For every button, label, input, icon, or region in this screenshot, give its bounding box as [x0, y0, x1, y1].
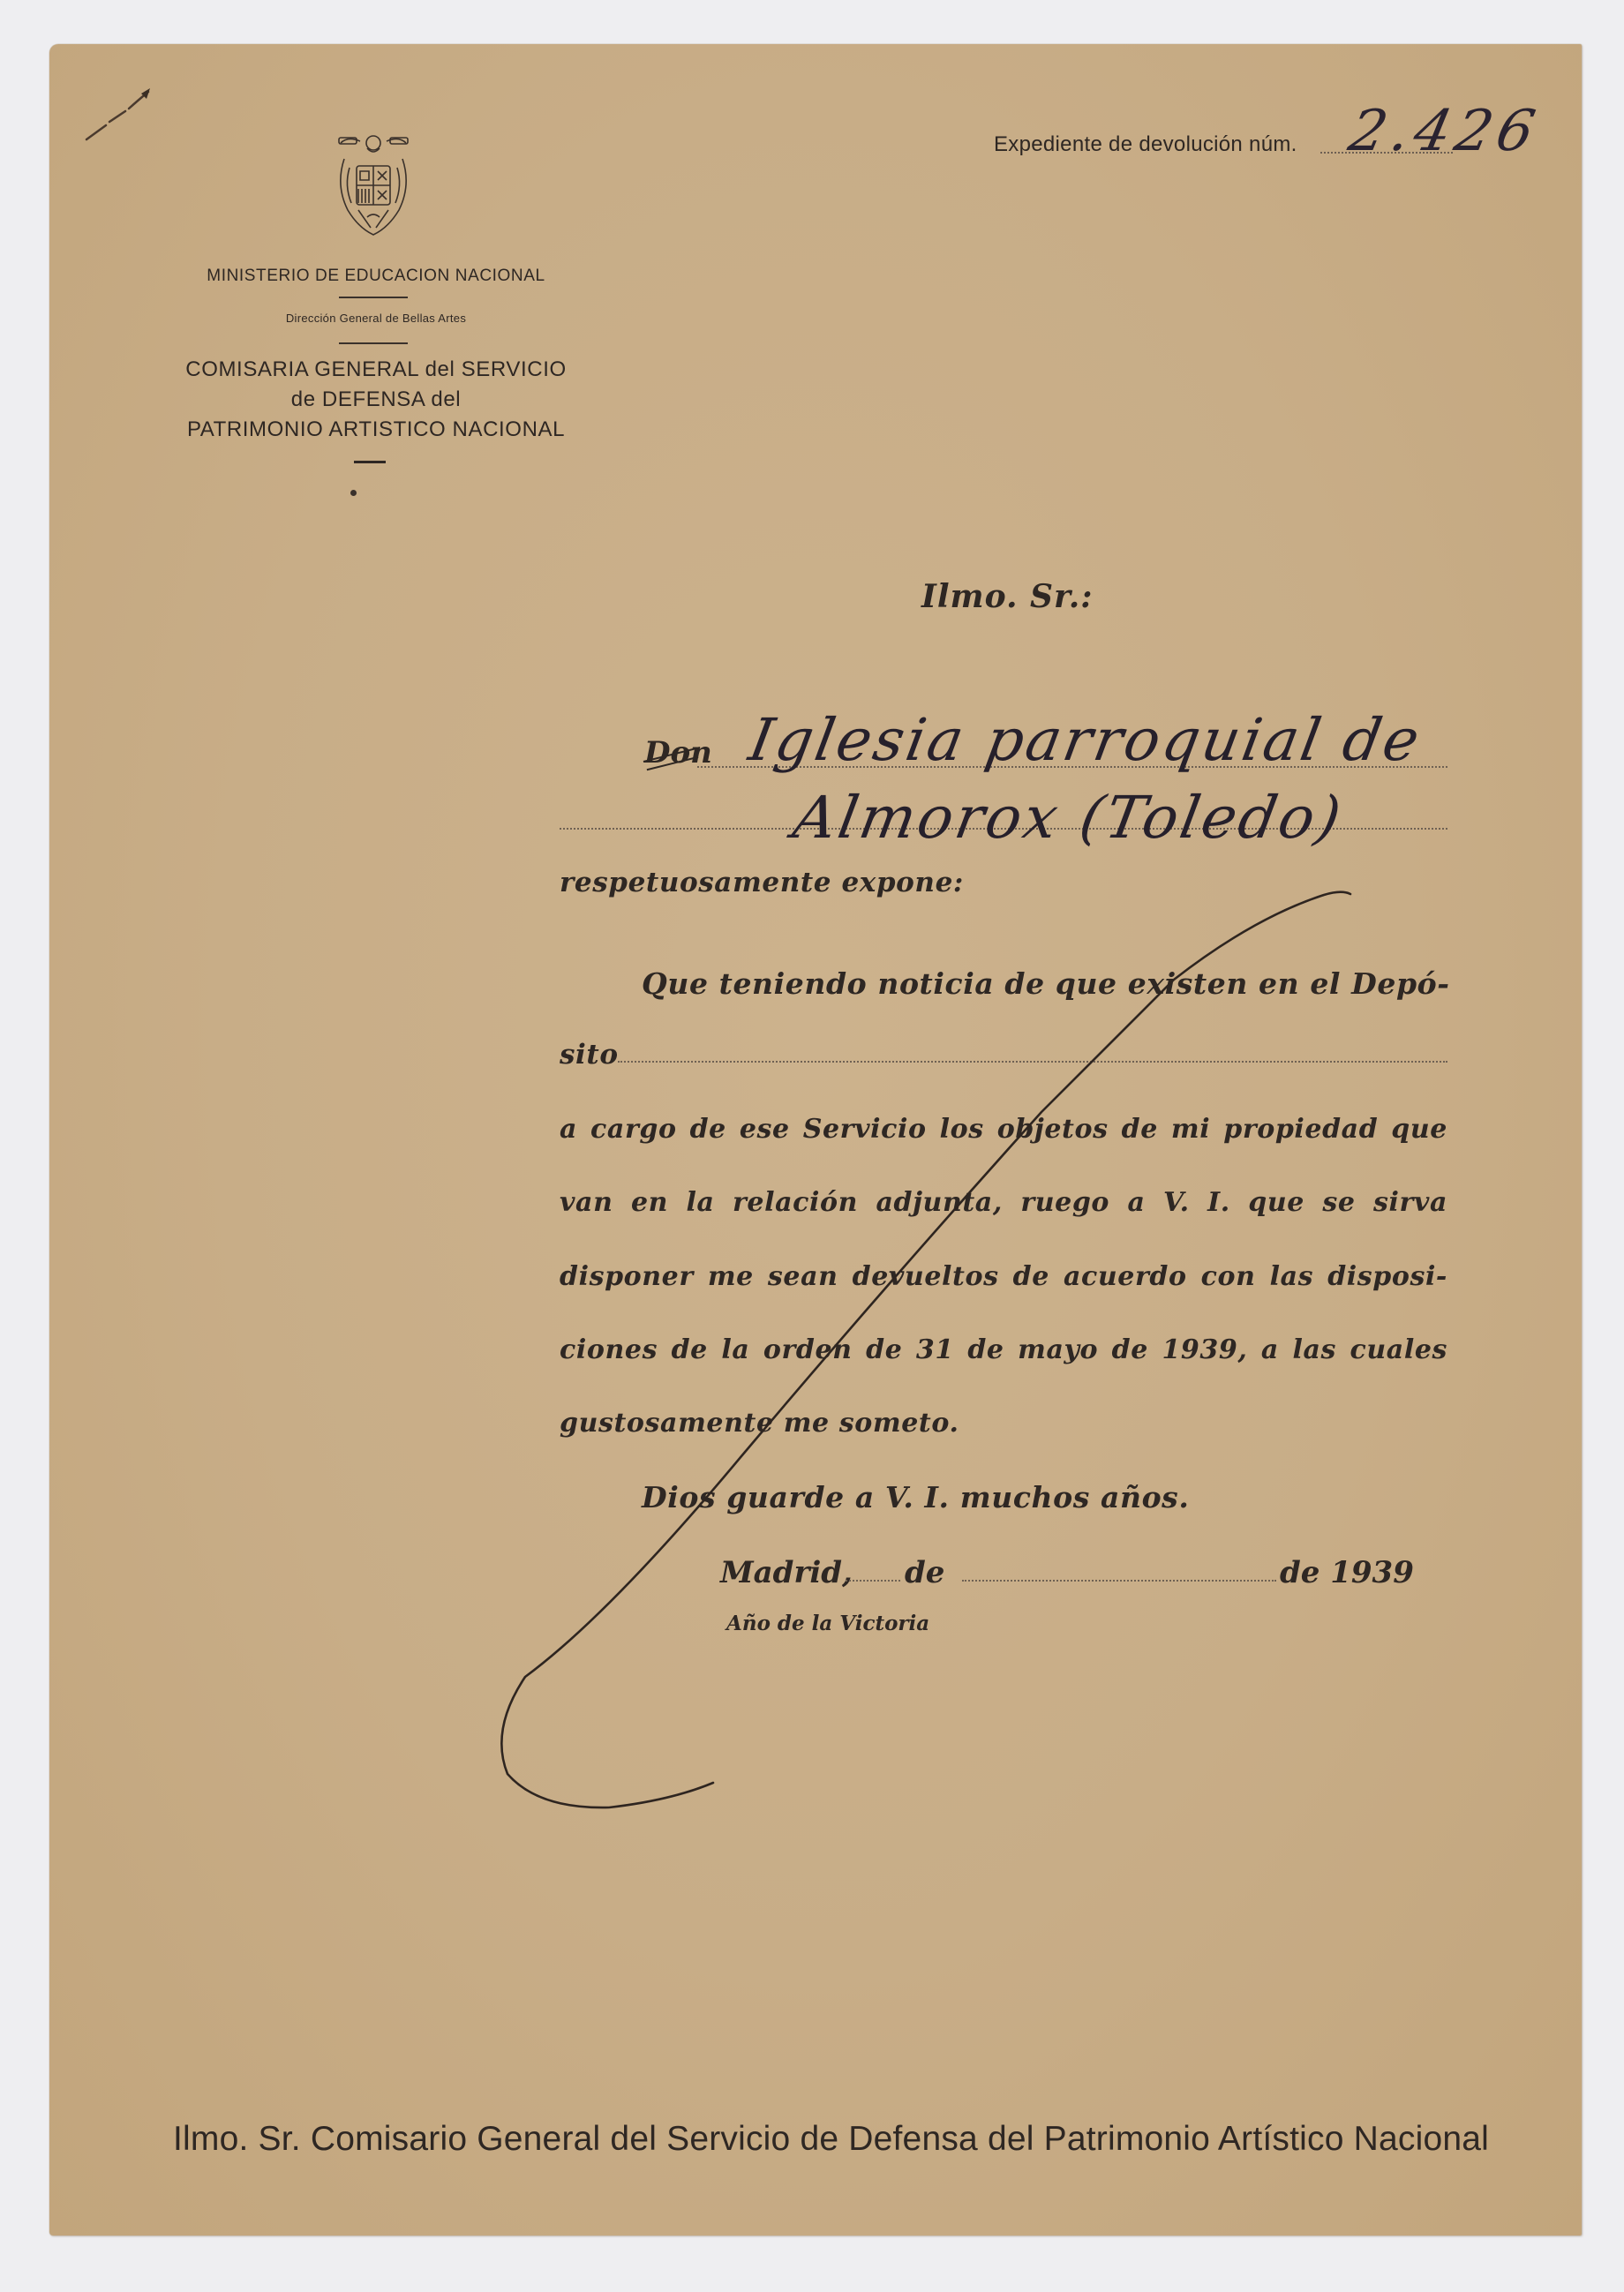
- cancellation-stroke-icon: [0, 0, 1624, 2292]
- footer-addressee: Ilmo. Sr. Comisario General del Servicio…: [173, 2120, 1489, 2159]
